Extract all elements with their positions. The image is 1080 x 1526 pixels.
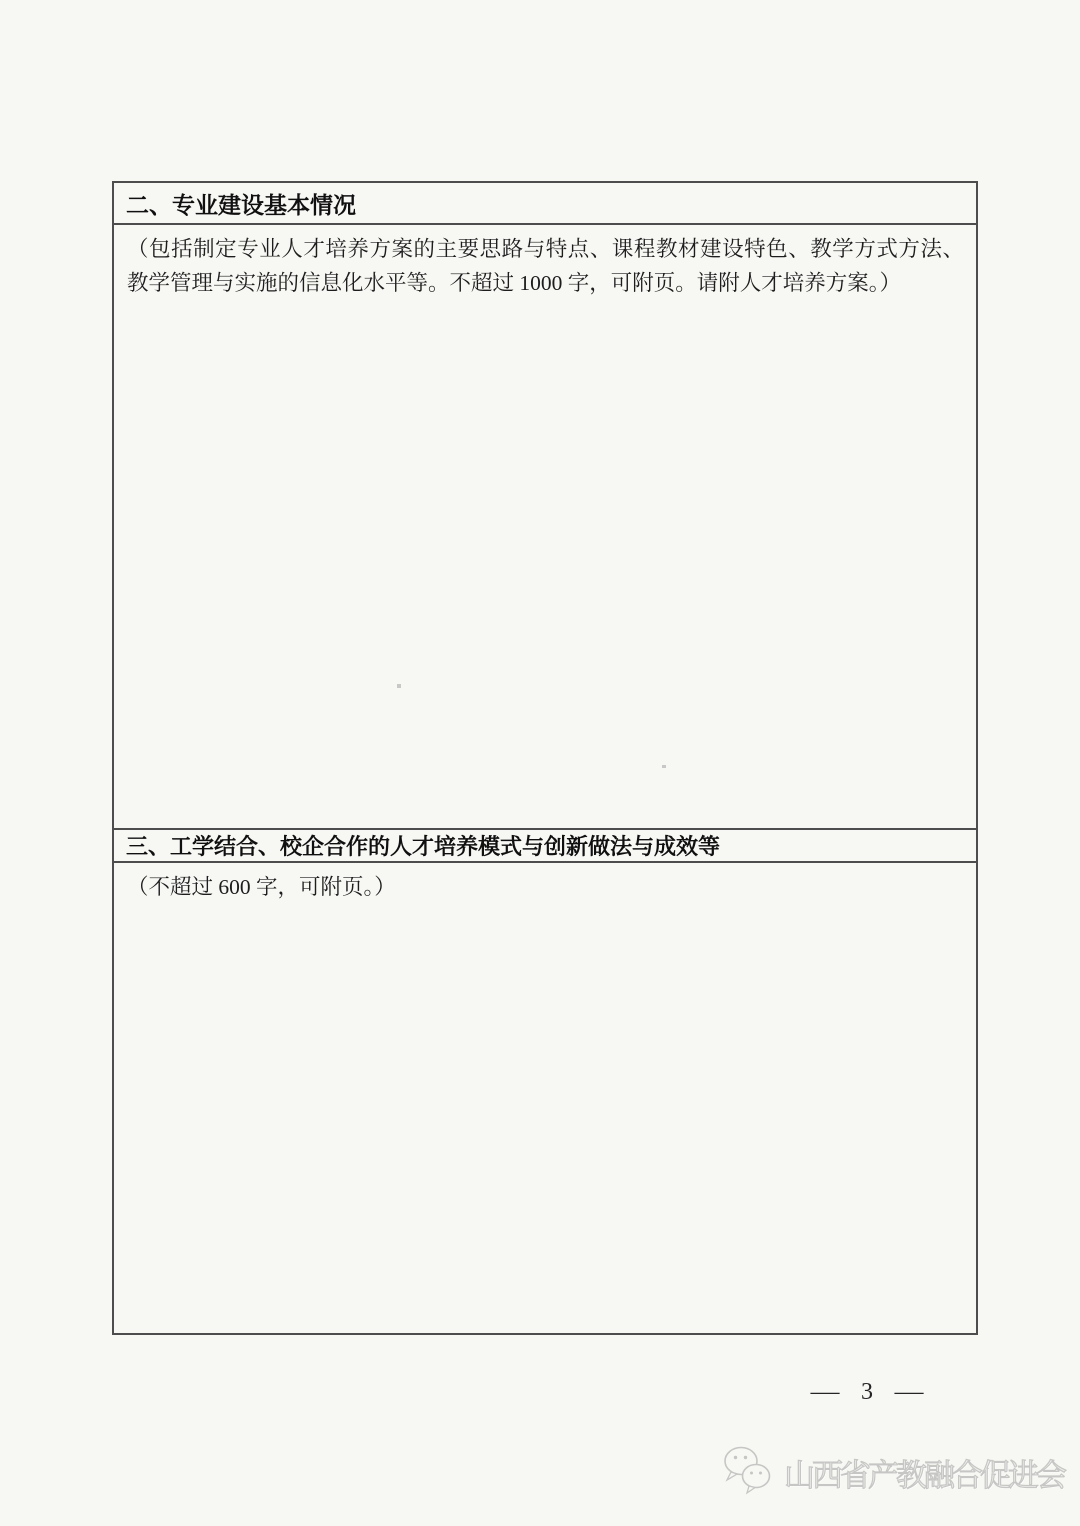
scan-speck <box>397 684 401 688</box>
watermark-text: 山西省产教融合促进会 <box>784 1450 1064 1495</box>
section-3-heading-label: 三、工学结合、校企合作的人才培养模式与创新做法与成效等 <box>126 830 720 861</box>
section-3-heading: 三、工学结合、校企合作的人才培养模式与创新做法与成效等 <box>114 830 976 863</box>
section-2-instructions: （包括制定专业人才培养方案的主要思路与特点、课程教材建设特色、教学方式方法、教学… <box>114 225 976 300</box>
form-table: 二、专业建设基本情况 （包括制定专业人才培养方案的主要思路与特点、课程教材建设特… <box>112 181 978 1335</box>
section-2-heading: 二、专业建设基本情况 <box>114 183 976 225</box>
scanned-form-page: 二、专业建设基本情况 （包括制定专业人才培养方案的主要思路与特点、课程教材建设特… <box>0 0 1080 1526</box>
scan-speck <box>662 765 666 768</box>
section-3-content-area: （不超过 600 字，可附页。） <box>114 863 976 1333</box>
page-number-right-dash: — <box>895 1379 924 1406</box>
page-number-left-dash: — <box>811 1379 840 1406</box>
page-number: — 3 — <box>792 1377 942 1407</box>
watermark: 山西省产教融合促进会 <box>722 1444 1064 1501</box>
section-3-instructions: （不超过 600 字，可附页。） <box>114 863 976 904</box>
section-2-content-area: （包括制定专业人才培养方案的主要思路与特点、课程教材建设特色、教学方式方法、教学… <box>114 225 976 830</box>
wechat-icon <box>722 1444 778 1501</box>
section-2-heading-label: 二、专业建设基本情况 <box>126 187 356 220</box>
page-number-value: 3 <box>861 1379 873 1406</box>
